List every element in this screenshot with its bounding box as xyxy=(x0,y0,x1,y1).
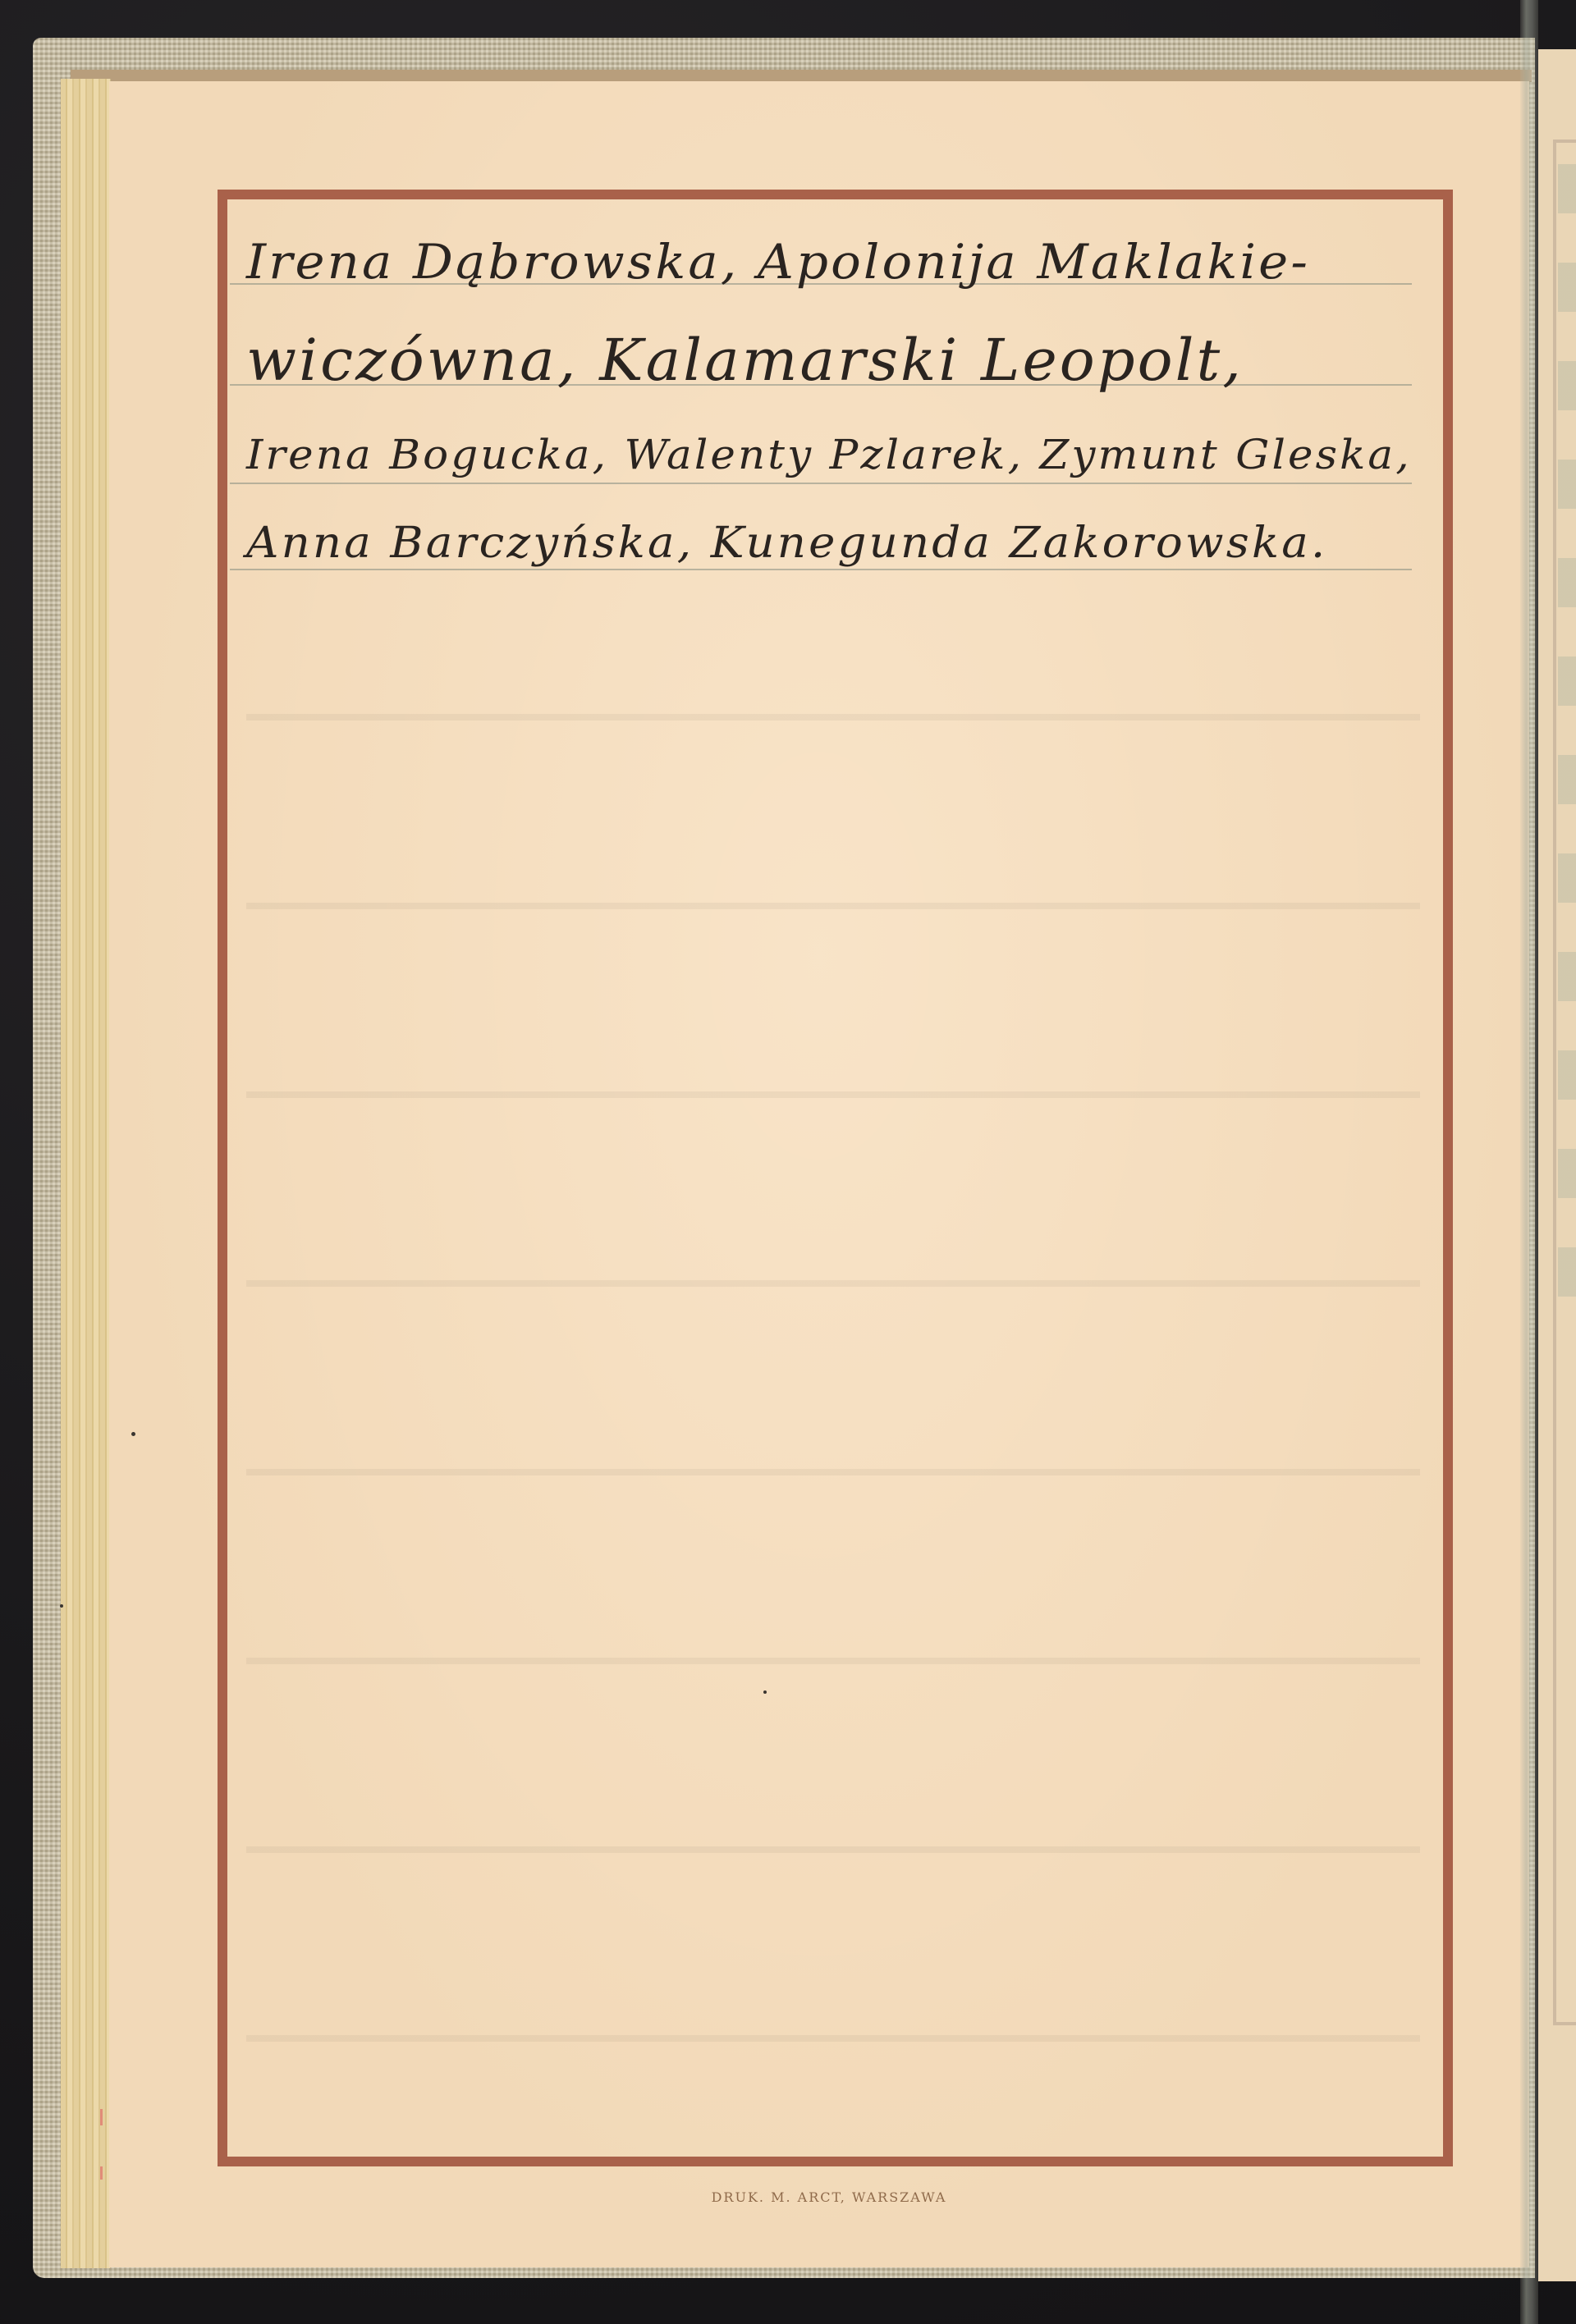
ink-speck xyxy=(60,1604,63,1608)
handwritten-line: Irena Bogucka, Walenty Pzlarek, Zymunt G… xyxy=(246,431,1412,478)
handwritten-line: Irena Dąbrowska, Apolonija Maklakie- xyxy=(246,234,1310,290)
ink-speck xyxy=(763,1690,767,1694)
adjacent-page-decoration xyxy=(1558,164,1576,1313)
ink-speck xyxy=(131,1432,135,1436)
printer-imprint-text: DRUK. M. ARCT, WARSZAWA xyxy=(712,2189,947,2205)
printer-imprint: DRUK. M. ARCT, WARSZAWA xyxy=(0,2189,1576,2205)
gutter-sleeve-edge xyxy=(1520,0,1538,2324)
decorative-frame xyxy=(218,190,1453,2166)
red-stack-mark xyxy=(100,2109,103,2125)
page-stack-edge xyxy=(61,79,111,2268)
handwritten-line: wiczówna, Kalamarski Leopolt, xyxy=(246,327,1244,394)
ruled-line xyxy=(230,483,1412,484)
page-top-edge xyxy=(71,70,1532,82)
ruled-line xyxy=(230,569,1412,570)
red-stack-mark xyxy=(100,2166,103,2180)
handwritten-line: Anna Barczyńska, Kunegunda Zakorowska. xyxy=(246,519,1327,568)
